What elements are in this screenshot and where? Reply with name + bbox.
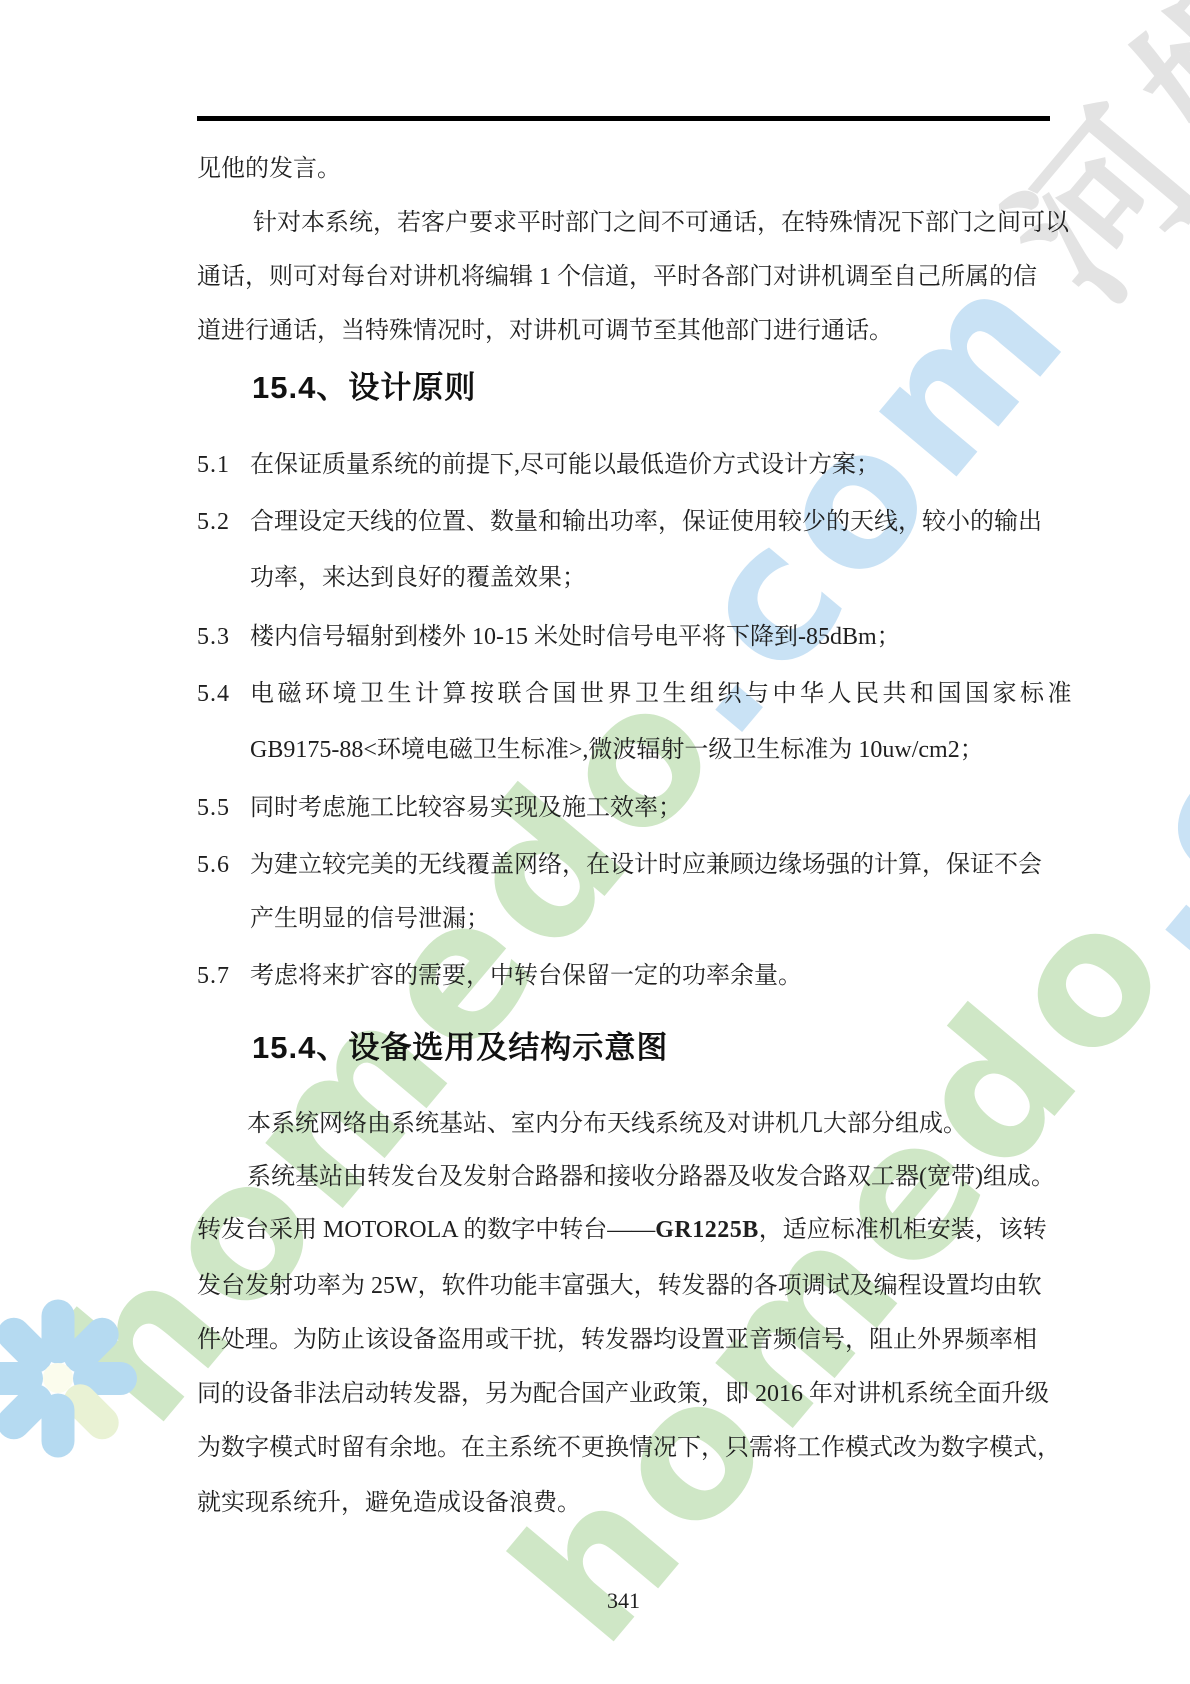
list-item: 5.7考虑将来扩容的需要，中转台保留一定的功率余量。 (197, 959, 802, 993)
list-item-continuation: 功率，来达到良好的覆盖效果； (250, 561, 586, 595)
list-item-text: 楼内信号辐射到楼外 10-15 米处时信号电平将下降到-85dBm； (250, 624, 901, 650)
watermark-band-2: homedo.com河姆渡 (484, 0, 1190, 1672)
list-item-number: 5.3 (197, 620, 250, 654)
body-line: 转发台采用 MOTOROLA 的数字中转台——GR1225B，适应标准机柜安装，… (197, 1213, 1047, 1247)
list-item-text: 电磁环境卫生计算按联合国世界卫生组织与中华人民共和国国家标准 (250, 681, 1075, 707)
body-line: 本系统网络由系统基站、室内分布天线系统及对讲机几大部分组成。 (197, 1107, 967, 1141)
list-item-continuation: 产生明显的信号泄漏； (250, 902, 490, 936)
document-page: homedo.com河姆渡 homedo.com河姆渡 见他的发言。 针对本系统… (0, 0, 1190, 1684)
body-line: 系统基站由转发台及发射合路器和接收分路器及收发合路双工器(宽带)组成。 (197, 1160, 1055, 1194)
list-item: 5.3楼内信号辐射到楼外 10-15 米处时信号电平将下降到-85dBm； (197, 620, 901, 654)
section-heading-equipment: 15.4、设备选用及结构示意图 (252, 1028, 668, 1068)
list-item-text: 为建立较完美的无线覆盖网络，在设计时应兼顾边缘场强的计算，保证不会 (250, 852, 1042, 878)
body-line: 针对本系统，若客户要求平时部门之间不可通话，在特殊情况下部门之间可以 (197, 206, 1069, 240)
body-line: 通话，则可对每台对讲机将编辑 1 个信道，平时各部门对讲机调至自己所属的信 (197, 260, 1037, 294)
page-number: 341 (197, 1588, 1050, 1614)
list-item-text: 在保证质量系统的前提下,尽可能以最低造价方式设计方案； (250, 452, 880, 478)
body-line: 就实现系统升，避免造成设备浪费。 (197, 1486, 581, 1520)
list-item-text: 合理设定天线的位置、数量和输出功率，保证使用较少的天线，较小的输出 (250, 509, 1042, 535)
model-number-bold: GR1225B (655, 1217, 759, 1243)
body-text: 转发台采用 MOTOROLA 的数字中转台—— (197, 1217, 655, 1243)
list-item: 5.1在保证质量系统的前提下,尽可能以最低造价方式设计方案； (197, 448, 880, 482)
homedo-flower-logo (0, 1298, 138, 1458)
list-item: 5.4电磁环境卫生计算按联合国世界卫生组织与中华人民共和国国家标准 (197, 677, 1075, 711)
list-item-continuation: GB9175-88<环境电磁卫生标准>,微波辐射一级卫生标准为 10uw/cm2… (250, 733, 984, 767)
body-line: 道进行通话，当特殊情况时，对讲机可调节至其他部门进行通话。 (197, 314, 893, 348)
section-heading-design-principles: 15.4、设计原则 (252, 368, 476, 408)
watermark-com-text: .com (1048, 442, 1190, 994)
list-item-text: 考虑将来扩容的需要，中转台保留一定的功率余量。 (250, 963, 802, 989)
list-item-text: 同时考虑施工比较容易实现及施工效率； (250, 795, 682, 821)
list-item: 5.5同时考虑施工比较容易实现及施工效率； (197, 791, 682, 825)
body-line: 件处理。为防止该设备盗用或干扰，转发器均设置亚音频信号，阻止外界频率相 (197, 1323, 1037, 1357)
list-item: 5.6为建立较完美的无线覆盖网络，在设计时应兼顾边缘场强的计算，保证不会 (197, 848, 1042, 882)
list-item-number: 5.4 (197, 677, 250, 711)
header-rule (197, 116, 1050, 121)
list-item-number: 5.5 (197, 791, 250, 825)
list-item-number: 5.1 (197, 448, 250, 482)
list-item: 5.2合理设定天线的位置、数量和输出功率，保证使用较少的天线，较小的输出 (197, 505, 1042, 539)
flower-center (43, 1363, 73, 1393)
list-item-number: 5.7 (197, 959, 250, 993)
body-line: 同的设备非法启动转发器，另为配合国产业政策，即 2016 年对讲机系统全面升级 (197, 1377, 1049, 1411)
body-text: ，适应标准机柜安装，该转 (759, 1217, 1047, 1243)
body-line: 为数字模式时留有余地。在主系统不更换情况下，只需将工作模式改为数字模式， (197, 1431, 1061, 1465)
body-line: 见他的发言。 (197, 152, 341, 186)
list-item-number: 5.2 (197, 505, 250, 539)
list-item-number: 5.6 (197, 848, 250, 882)
body-line: 发台发射功率为 25W，软件功能丰富强大，转发器的各项调试及编程设置均由软 (197, 1269, 1042, 1303)
